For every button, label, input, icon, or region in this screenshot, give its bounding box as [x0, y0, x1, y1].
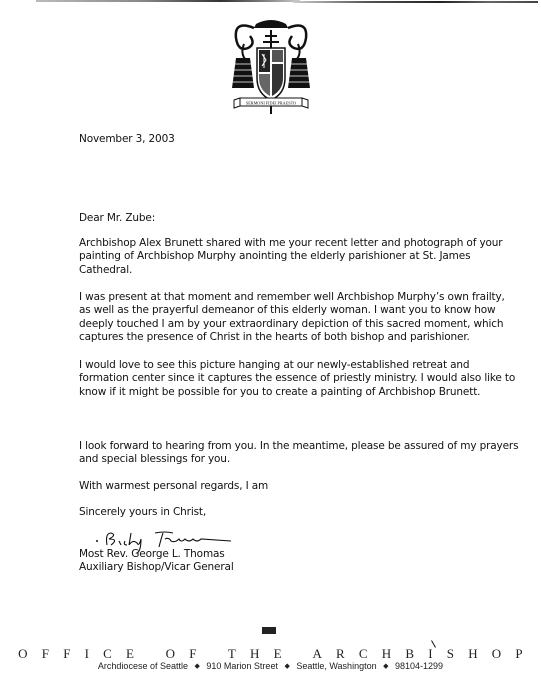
office-title: OFFICE OF THE ARCHBISHOP [0, 646, 541, 662]
scan-edge-line [36, 0, 300, 2]
diamond-bullet-icon: ◆ [195, 663, 200, 670]
closing-line: With warmest personal regards, I am [79, 480, 268, 493]
stamp-mark [262, 627, 276, 634]
paragraph: I would love to see this picture hanging… [79, 359, 519, 399]
paragraph: I was present at that moment and remembe… [79, 291, 519, 345]
paragraph: Archbishop Alex Brunett shared with me y… [79, 237, 519, 277]
coat-of-arms-icon: SERMONI FIDEI PRAESTO [226, 14, 316, 119]
signer-title: Auxiliary Bishop/Vicar General [79, 561, 234, 574]
scan-edge-line [293, 1, 538, 3]
paragraph: I look forward to hearing from you. In t… [79, 440, 519, 467]
signer-name: Most Rev. George L. Thomas [79, 548, 225, 561]
crest-motto: SERMONI FIDEI PRAESTO [246, 101, 296, 106]
valediction: Sincerely yours in Christ, [79, 506, 206, 519]
address-street: 910 Marion Street [206, 661, 278, 671]
address-line: Archdiocese of Seattle ◆ 910 Marion Stre… [0, 661, 541, 671]
diamond-bullet-icon: ◆ [383, 663, 388, 670]
salutation: Dear Mr. Zube: [79, 212, 155, 225]
address-zip: 98104-1299 [395, 661, 443, 671]
address-org: Archdiocese of Seattle [98, 661, 188, 671]
address-city: Seattle, Washington [296, 661, 376, 671]
letter-date: November 3, 2003 [79, 133, 175, 146]
diamond-bullet-icon: ◆ [284, 663, 289, 670]
